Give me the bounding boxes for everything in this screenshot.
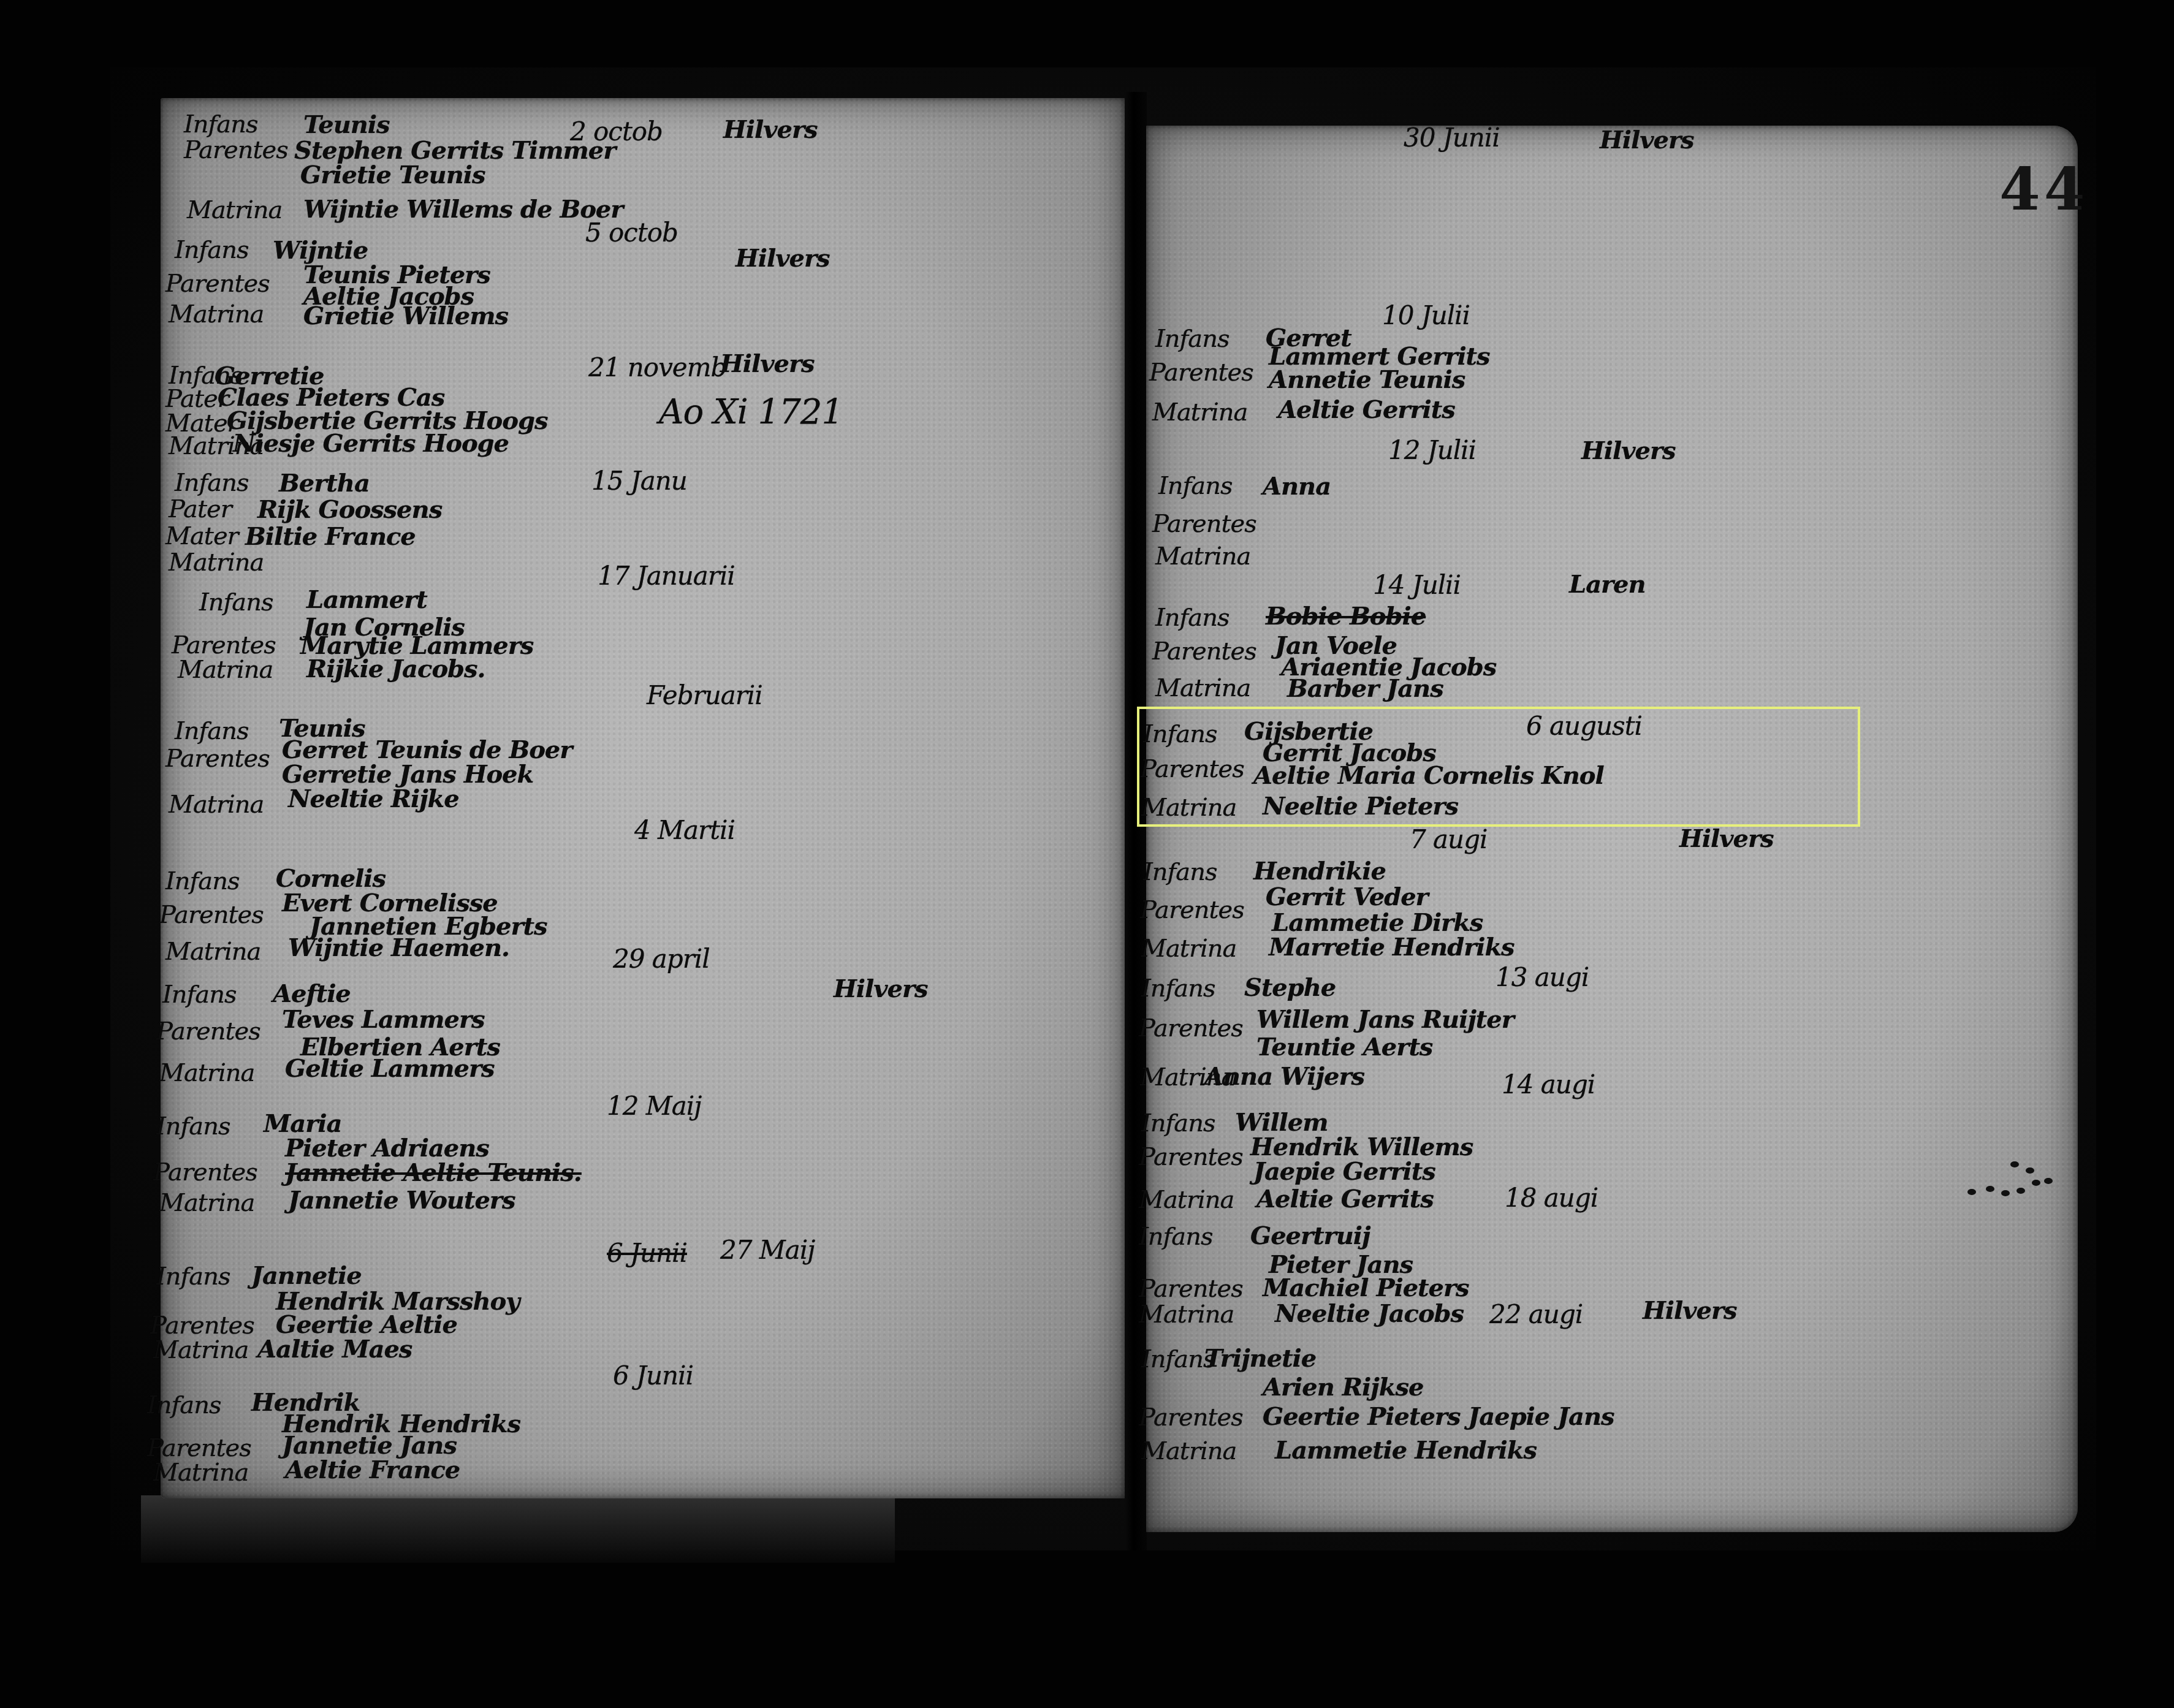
entry-label: Infans bbox=[175, 469, 249, 497]
entry-date: 12 Maij bbox=[607, 1091, 701, 1121]
entry-date: 12 Julii bbox=[1388, 435, 1476, 465]
entry-place: Laren bbox=[1569, 570, 1646, 599]
entry-date: 13 augi bbox=[1496, 962, 1589, 992]
entry-label: Pater bbox=[169, 495, 232, 523]
entry-label: Infans bbox=[175, 717, 249, 745]
entry-name: Grietie Willems bbox=[303, 302, 508, 330]
entry-label: Parentes bbox=[1152, 510, 1256, 538]
entry-name: Anna bbox=[1263, 472, 1331, 501]
entry-label: Matrina bbox=[165, 938, 260, 966]
entry-label: Matrina bbox=[1155, 674, 1250, 702]
entry-place: Hilvers bbox=[1581, 436, 1675, 465]
entry-label: Infans bbox=[162, 981, 237, 1009]
entry-name: Gerrit Veder bbox=[1266, 882, 1428, 911]
entry-name: Biltie France bbox=[245, 522, 416, 551]
year-marker: Ao Xi 1721 bbox=[659, 392, 843, 432]
entry-date: 4 Martii bbox=[634, 815, 735, 845]
entry-place: Hilvers bbox=[1679, 824, 1773, 853]
entry-label: Matrina bbox=[178, 656, 273, 684]
entry-place: Hilvers bbox=[720, 349, 814, 378]
entry-label: Matrina bbox=[153, 1336, 248, 1364]
entry-label: Infans bbox=[1143, 858, 1217, 886]
entry-date: Februarii bbox=[647, 680, 762, 710]
document-scan: 44 Infans Teunis Parentes Stephen Gerrit… bbox=[0, 0, 2174, 1708]
entry-label: Matrina bbox=[1155, 542, 1250, 571]
entry-label: Parentes bbox=[1152, 637, 1256, 666]
entry-date: 15 Janu bbox=[591, 466, 687, 496]
entry-date: 5 octob bbox=[585, 218, 678, 248]
entry-name: Aaltie Maes bbox=[257, 1335, 412, 1364]
entry-name: Willem Jans Ruijter bbox=[1256, 1005, 1514, 1034]
entry-name: Aeltie Gerrits bbox=[1278, 395, 1455, 424]
entry-name: Teves Lammers bbox=[282, 1005, 485, 1034]
entry-name: Wijntie Willems de Boer bbox=[303, 195, 623, 224]
entry-name: Lammetie Hendriks bbox=[1275, 1436, 1537, 1465]
entry-name: Aeltie Gerrits bbox=[1256, 1185, 1434, 1213]
entry-label: Matrina bbox=[169, 791, 264, 819]
entry-name-struck: Bobie Bobie bbox=[1266, 602, 1426, 631]
entry-name: Neeltie Jacobs bbox=[1275, 1299, 1464, 1328]
entry-name-struck: Jannetie Aeltie Teunis. bbox=[285, 1158, 582, 1187]
entry-label: Infans bbox=[165, 867, 240, 895]
entry-label: Infans bbox=[1155, 325, 1230, 353]
entry-date: 6 Junii bbox=[613, 1361, 693, 1391]
entry-label: Parentes bbox=[159, 901, 264, 929]
entry-name: Neeltie Rijke bbox=[288, 784, 459, 813]
entry-place: Hilvers bbox=[1643, 1296, 1736, 1325]
entry-label: Matrina bbox=[1152, 398, 1247, 427]
entry-name: Teuntie Aerts bbox=[1256, 1033, 1432, 1061]
entry-label: Matrina bbox=[153, 1459, 248, 1487]
entry-label: Parentes bbox=[1139, 1403, 1243, 1432]
entry-name: Wijntie Haemen. bbox=[288, 933, 509, 962]
entry-name: Niesje Gerrits Hooge bbox=[233, 429, 509, 458]
entry-label: Infans bbox=[156, 1112, 230, 1141]
entry-date: 22 augi bbox=[1489, 1299, 1583, 1329]
entry-date: 7 augi bbox=[1410, 824, 1487, 854]
entry-name: Aeftie bbox=[273, 979, 351, 1008]
entry-label: Matrina bbox=[1141, 1437, 1236, 1465]
entry-place: Hilvers bbox=[735, 244, 829, 273]
entry-label: Mater bbox=[165, 522, 238, 550]
entry-date: 30 Junii bbox=[1404, 123, 1500, 153]
entry-name: Rijk Goossens bbox=[257, 495, 442, 524]
entry-name: Hendrikie bbox=[1253, 857, 1386, 886]
entry-date: 29 april bbox=[613, 944, 710, 974]
entry-label: Infans bbox=[1139, 1223, 1213, 1251]
entry-name: Grietie Teunis bbox=[300, 161, 485, 189]
entry-date: 10 Julii bbox=[1382, 300, 1470, 330]
entry-place: Hilvers bbox=[834, 974, 927, 1003]
entry-name: Geltie Lammers bbox=[285, 1054, 495, 1083]
entry-name: Trijnetie bbox=[1204, 1344, 1316, 1373]
entry-name: Geertruij bbox=[1250, 1221, 1370, 1250]
entry-date: 27 Maij bbox=[720, 1235, 815, 1265]
entry-label: Matrina bbox=[169, 300, 264, 328]
entry-label: Matrina bbox=[1139, 1300, 1234, 1329]
book-cover-edge bbox=[141, 1495, 895, 1563]
entry-label: Infans bbox=[199, 588, 273, 617]
entry-label: Parentes bbox=[1139, 1275, 1243, 1303]
entry-label: Matrina bbox=[187, 196, 282, 224]
entry-name: Machiel Pieters bbox=[1263, 1273, 1469, 1302]
entry-name: Arien Rijkse bbox=[1263, 1373, 1423, 1402]
entry-name: Rijkie Jacobs. bbox=[306, 655, 485, 683]
entry-label: Infans bbox=[175, 236, 249, 264]
entry-label: Infans bbox=[156, 1262, 230, 1291]
entry-place: Hilvers bbox=[1600, 126, 1693, 154]
entry-label: Parentes bbox=[1139, 1143, 1243, 1171]
entry-name: Annetie Teunis bbox=[1269, 365, 1465, 394]
selection-highlight-box[interactable] bbox=[1137, 707, 1860, 827]
entry-label: Infans bbox=[147, 1391, 221, 1419]
entry-date: 14 augi bbox=[1502, 1069, 1595, 1099]
entry-name: Jaepie Gerrits bbox=[1253, 1157, 1435, 1186]
entry-label: Parentes bbox=[156, 1017, 260, 1046]
entry-date: 18 augi bbox=[1505, 1183, 1598, 1213]
entry-label: Matrina bbox=[1141, 935, 1236, 963]
entry-label: Matrina bbox=[159, 1189, 254, 1217]
entry-label: Matrina bbox=[1139, 1186, 1234, 1214]
entry-label: Infans bbox=[1141, 1109, 1215, 1137]
entry-date-struck: 6 Junii bbox=[607, 1238, 687, 1268]
entry-name: Anna Wijers bbox=[1204, 1062, 1364, 1091]
entry-label: Parentes bbox=[165, 745, 270, 773]
entry-name: Bertha bbox=[279, 469, 370, 498]
entry-label: Parentes bbox=[153, 1158, 257, 1186]
entry-name: Stephe bbox=[1244, 973, 1336, 1002]
entry-name: Jannetie Wouters bbox=[288, 1186, 515, 1215]
entry-label: Parentes bbox=[1149, 359, 1253, 387]
entry-date: 21 novemb bbox=[588, 352, 726, 382]
entry-label: Parentes bbox=[1139, 1014, 1243, 1042]
entry-name: Barber Jans bbox=[1287, 674, 1443, 703]
entry-label: Infans bbox=[1155, 604, 1230, 632]
entry-label: Parentes bbox=[1140, 896, 1244, 924]
entry-label: Matrina bbox=[159, 1059, 254, 1087]
entry-name: Teunis bbox=[303, 110, 390, 139]
entry-label: Infans bbox=[1158, 472, 1233, 500]
entry-name: Lammert bbox=[306, 585, 427, 614]
entry-name: Geertie Pieters Jaepie Jans bbox=[1263, 1402, 1614, 1431]
entry-date: 17 Januarii bbox=[598, 561, 735, 591]
entry-label: Infans bbox=[184, 110, 258, 139]
entry-label: Parentes bbox=[165, 270, 270, 298]
entry-date: 2 octob bbox=[570, 116, 663, 146]
entry-label: Parentes bbox=[184, 136, 288, 164]
entry-date: 14 Julii bbox=[1373, 570, 1461, 600]
entry-name: Aeltie France bbox=[285, 1456, 460, 1484]
entry-place: Hilvers bbox=[723, 115, 817, 144]
entry-label: Matrina bbox=[169, 548, 264, 577]
entry-label: Infans bbox=[1141, 974, 1215, 1003]
page-number: 44 bbox=[1999, 154, 2089, 224]
entry-name: Marretie Hendriks bbox=[1269, 933, 1515, 962]
entry-name: Jannetie bbox=[251, 1261, 362, 1290]
